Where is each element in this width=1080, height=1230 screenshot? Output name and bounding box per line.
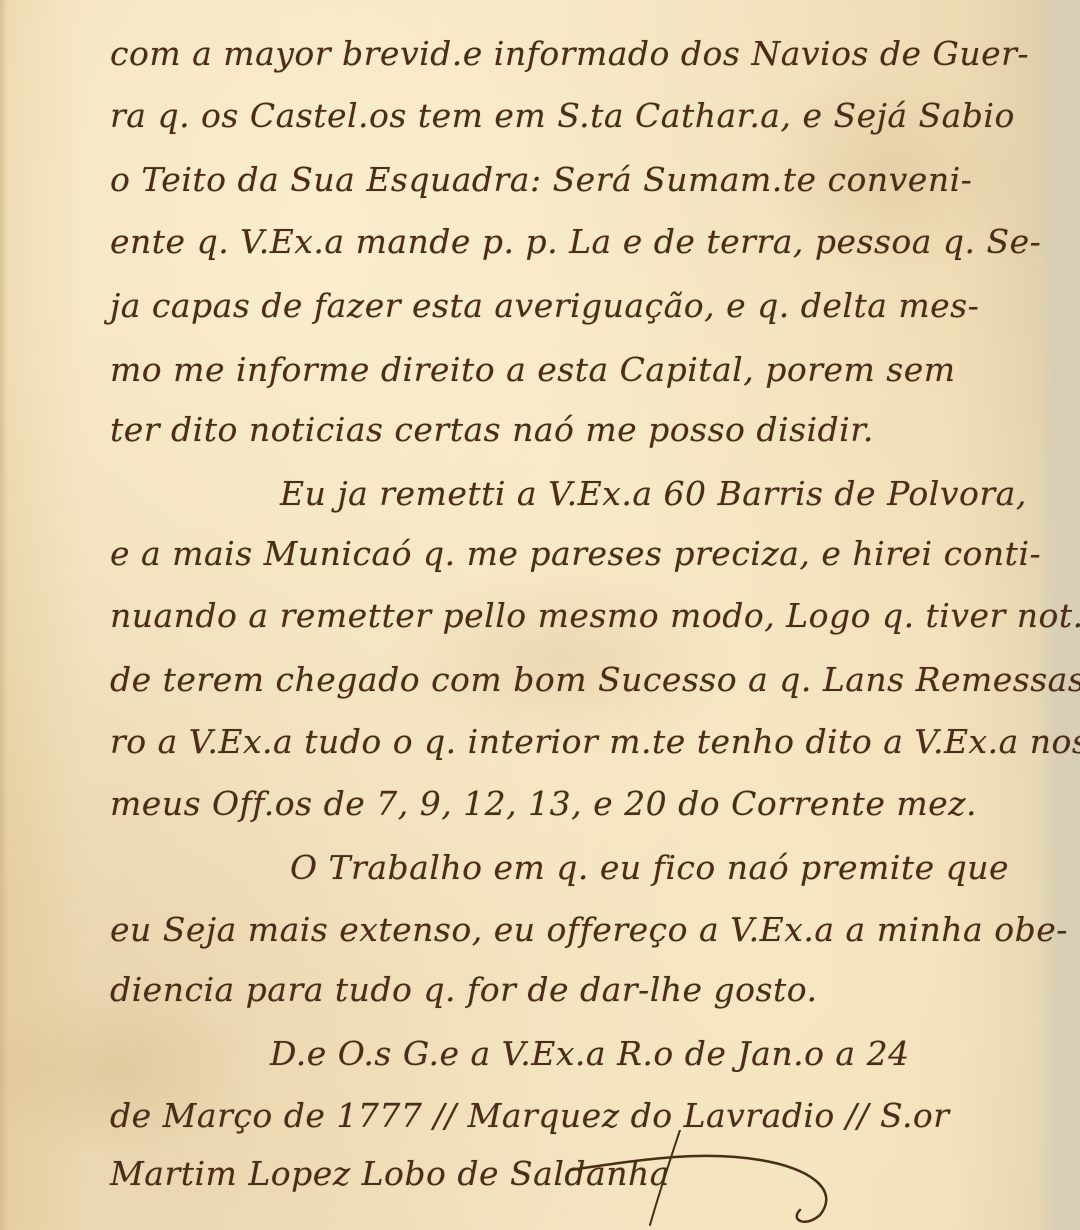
signature-flourish-icon: [560, 1130, 860, 1230]
letter-line: mo me informe direito a esta Capital, po…: [110, 350, 956, 389]
letter-line: ra q. os Castel.os tem em S.ta Cathar.a,…: [110, 96, 1015, 135]
letter-line: o Teito da Sua Esquadra: Será Sumam.te c…: [110, 160, 972, 199]
manuscript-page: com a mayor brevid.e informado dos Navio…: [0, 0, 1080, 1230]
paragraph-start-line: Eu ja remetti a V.Ex.a 60 Barris de Polv…: [280, 474, 1027, 513]
letter-line: de terem chegado com bom Sucesso a q. La…: [110, 660, 1080, 699]
letter-line: ter dito noticias certas naó me posso di…: [110, 410, 874, 449]
letter-line: diencia para tudo q. for de dar-lhe gost…: [110, 970, 818, 1009]
letter-line: eu Seja mais extenso, eu offereço a V.Ex…: [110, 910, 1068, 949]
letter-line: ente q. V.Ex.a mande p. p. La e de terra…: [110, 222, 1041, 261]
paragraph-start-line: O Trabalho em q. eu fico naó premite que: [290, 848, 1009, 887]
letter-line: com a mayor brevid.e informado dos Navio…: [110, 34, 1029, 73]
closing-line: D.e O.s G.e a V.Ex.a R.o de Jan.o a 24: [270, 1034, 910, 1073]
letter-line: ja capas de fazer esta averiguação, e q.…: [110, 286, 979, 325]
letter-line: meus Off.os de 7, 9, 12, 13, e 20 do Cor…: [110, 784, 977, 823]
letter-line: ro a V.Ex.a tudo o q. interior m.te tenh…: [110, 722, 1080, 761]
letter-line: e a mais Municaó q. me pareses preciza, …: [110, 534, 1041, 573]
letter-line: nuando a remetter pello mesmo modo, Logo…: [110, 596, 1080, 635]
